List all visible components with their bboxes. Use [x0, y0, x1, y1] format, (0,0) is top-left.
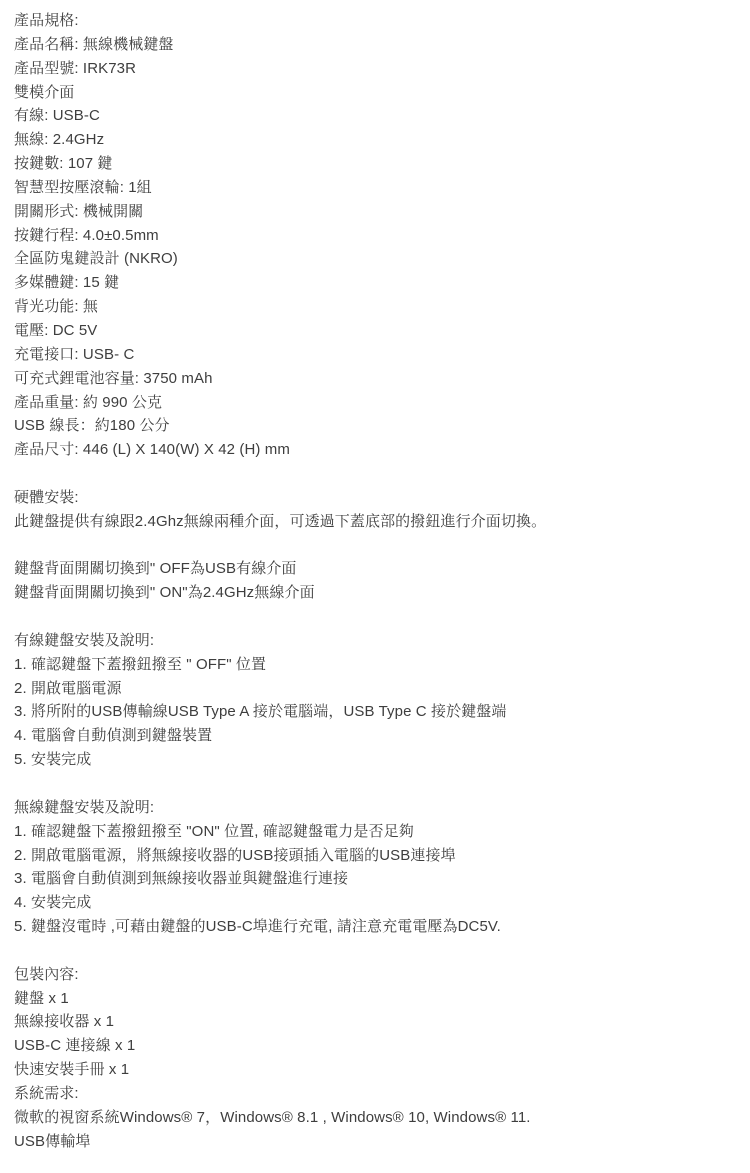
text-line: 4. 電腦會自動偵測到鍵盤裝置 [14, 724, 736, 748]
text-line: 硬體安裝: [14, 486, 736, 510]
text-line: 快速安裝手冊 x 1 [14, 1058, 736, 1082]
text-line: 鍵盤背面開關切換到" OFF為USB有線介面 [14, 557, 736, 581]
text-line: 智慧型按壓滾輪: 1組 [14, 176, 736, 200]
text-line: 全區防鬼鍵設計 (NKRO) [14, 247, 736, 271]
text-line: 充電接口: USB- C [14, 343, 736, 367]
text-line: 1. 確認鍵盤下蓋撥鈕撥至 " OFF" 位置 [14, 653, 736, 677]
text-line: 系統需求: [14, 1082, 736, 1106]
text-line: USB-C 連接線 x 1 [14, 1034, 736, 1058]
text-line: 2. 開啟電腦電源，將無線接收器的USB接頭插入電腦的USB連接埠 [14, 844, 736, 868]
text-line: 產品型號: IRK73R [14, 57, 736, 81]
text-line: 雙模介面 [14, 81, 736, 105]
text-line: 2. 開啟電腦電源 [14, 677, 736, 701]
text-line: 5. 安裝完成 [14, 748, 736, 772]
text-line: 有線鍵盤安裝及說明: [14, 629, 736, 653]
text-line: USB傳輸埠 [14, 1130, 736, 1154]
text-line: 1. 確認鍵盤下蓋撥鈕撥至 "ON" 位置, 確認鍵盤電力是否足夠 [14, 820, 736, 844]
text-line: 產品名稱: 無線機械鍵盤 [14, 33, 736, 57]
product-specs: 產品規格:產品名稱: 無線機械鍵盤產品型號: IRK73R雙模介面有線: USB… [14, 9, 736, 462]
text-line: 5. 鍵盤沒電時 ,可藉由鍵盤的USB-C埠進行充電, 請注意充電電壓為DC5V… [14, 915, 736, 939]
product-description: 產品規格:產品名稱: 無線機械鍵盤產品型號: IRK73R雙模介面有線: USB… [0, 0, 750, 1173]
text-line: 無線接收器 x 1 [14, 1010, 736, 1034]
text-line: 多媒體鍵: 15 鍵 [14, 271, 736, 295]
package-contents: 包裝內容:鍵盤 x 1無線接收器 x 1USB-C 連接線 x 1快速安裝手冊 … [14, 963, 736, 1082]
text-line: 此鍵盤提供有線跟2.4Ghz無線兩種介面，可透過下蓋底部的撥鈕進行介面切換。 [14, 510, 736, 534]
text-line: 按鍵數: 107 鍵 [14, 152, 736, 176]
text-line: 產品重量: 約 990 公克 [14, 391, 736, 415]
text-line: 3. 電腦會自動偵測到無線接收器並與鍵盤進行連接 [14, 867, 736, 891]
system-requirements: 系統需求:微軟的視窗系統Windows® 7，Windows® 8.1 , Wi… [14, 1082, 736, 1154]
text-line: 鍵盤背面開關切換到" ON"為2.4GHz無線介面 [14, 581, 736, 605]
text-line: 3. 將所附的USB傳輸線USB Type A 接於電腦端，USB Type C… [14, 700, 736, 724]
text-line: USB 線長：約180 公分 [14, 414, 736, 438]
text-line: 開關形式: 機械開關 [14, 200, 736, 224]
text-line: 鍵盤 x 1 [14, 987, 736, 1011]
text-line: 背光功能: 無 [14, 295, 736, 319]
hardware-install-intro: 硬體安裝:此鍵盤提供有線跟2.4Ghz無線兩種介面，可透過下蓋底部的撥鈕進行介面… [14, 486, 736, 534]
switch-mode-notes: 鍵盤背面開關切換到" OFF為USB有線介面鍵盤背面開關切換到" ON"為2.4… [14, 557, 736, 605]
text-line: 微軟的視窗系統Windows® 7，Windows® 8.1 , Windows… [14, 1106, 736, 1130]
text-line: 產品規格: [14, 9, 736, 33]
text-line: 無線: 2.4GHz [14, 128, 736, 152]
wired-install-steps: 有線鍵盤安裝及說明:1. 確認鍵盤下蓋撥鈕撥至 " OFF" 位置2. 開啟電腦… [14, 629, 736, 772]
text-line: 無線鍵盤安裝及說明: [14, 796, 736, 820]
text-line: 有線: USB-C [14, 104, 736, 128]
wireless-install-steps: 無線鍵盤安裝及說明:1. 確認鍵盤下蓋撥鈕撥至 "ON" 位置, 確認鍵盤電力是… [14, 796, 736, 939]
text-line: 電壓: DC 5V [14, 319, 736, 343]
text-line: 按鍵行程: 4.0±0.5mm [14, 224, 736, 248]
text-line: 可充式鋰電池容量: 3750 mAh [14, 367, 736, 391]
text-line: 4. 安裝完成 [14, 891, 736, 915]
text-line: 包裝內容: [14, 963, 736, 987]
text-line: 產品尺寸: 446 (L) X 140(W) X 42 (H) mm [14, 438, 736, 462]
